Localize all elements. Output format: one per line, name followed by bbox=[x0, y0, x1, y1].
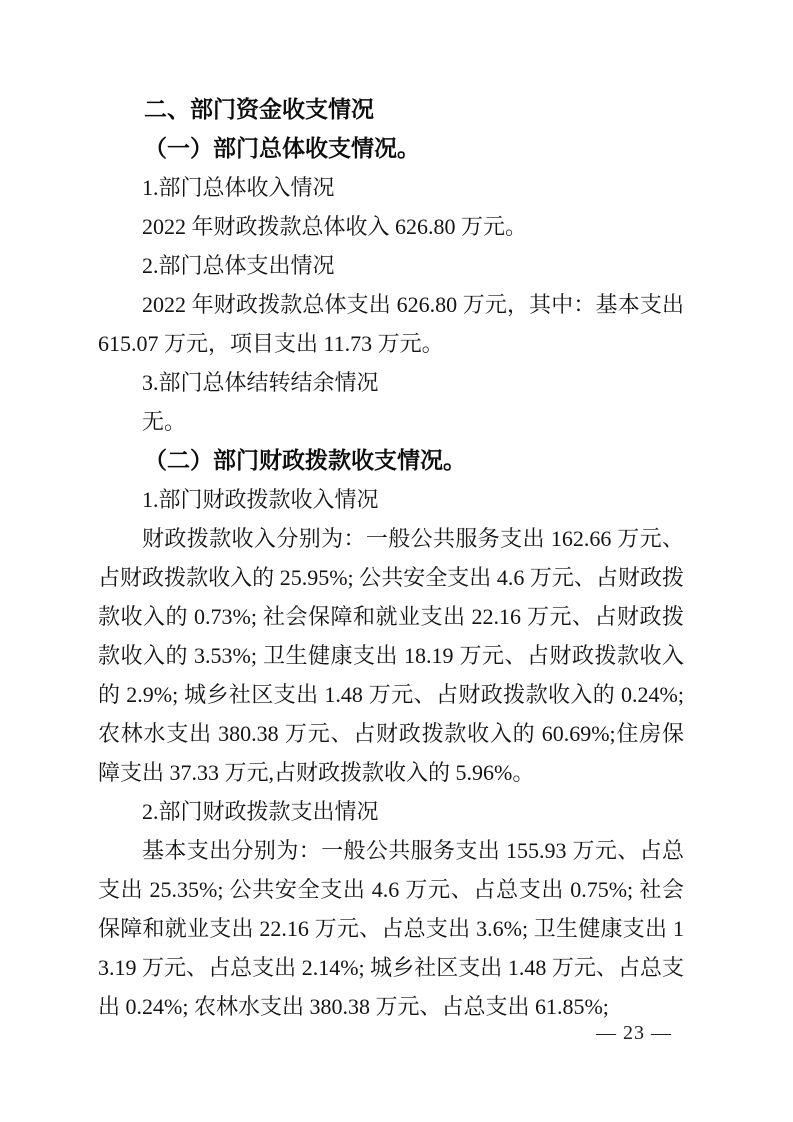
subheading-appropriation-income: 1.部门财政拨款收入情况 bbox=[98, 480, 684, 519]
subheading-appropriation-expenditure: 2.部门财政拨款支出情况 bbox=[98, 792, 684, 831]
document-page: 二、部门资金收支情况 （一）部门总体收支情况。 1.部门总体收入情况 2022 … bbox=[0, 0, 793, 1122]
heading-section-two: 二、部门资金收支情况 bbox=[98, 90, 684, 129]
subheading-carryover-balance: 3.部门总体结转结余情况 bbox=[98, 363, 684, 402]
page-body: 二、部门资金收支情况 （一）部门总体收支情况。 1.部门总体收入情况 2022 … bbox=[98, 90, 684, 1026]
para-carryover-balance: 无。 bbox=[98, 402, 684, 441]
para-overall-expenditure: 2022 年财政拨款总体支出 626.80 万元，其中：基本支出 615.07 … bbox=[98, 285, 684, 363]
subheading-overall-expenditure: 2.部门总体支出情况 bbox=[98, 246, 684, 285]
para-appropriation-income: 财政拨款收入分别为：一般公共服务支出 162.66 万元、占财政拨款收入的 25… bbox=[98, 519, 684, 792]
para-overall-income: 2022 年财政拨款总体收入 626.80 万元。 bbox=[98, 207, 684, 246]
page-number: — 23 — bbox=[98, 1022, 672, 1045]
para-appropriation-expenditure: 基本支出分别为：一般公共服务支出 155.93 万元、占总支出 25.35%; … bbox=[98, 831, 684, 1026]
heading-fiscal-appropriation: （二）部门财政拨款收支情况。 bbox=[98, 441, 684, 480]
heading-overall-balance: （一）部门总体收支情况。 bbox=[98, 129, 684, 168]
subheading-overall-income: 1.部门总体收入情况 bbox=[98, 168, 684, 207]
